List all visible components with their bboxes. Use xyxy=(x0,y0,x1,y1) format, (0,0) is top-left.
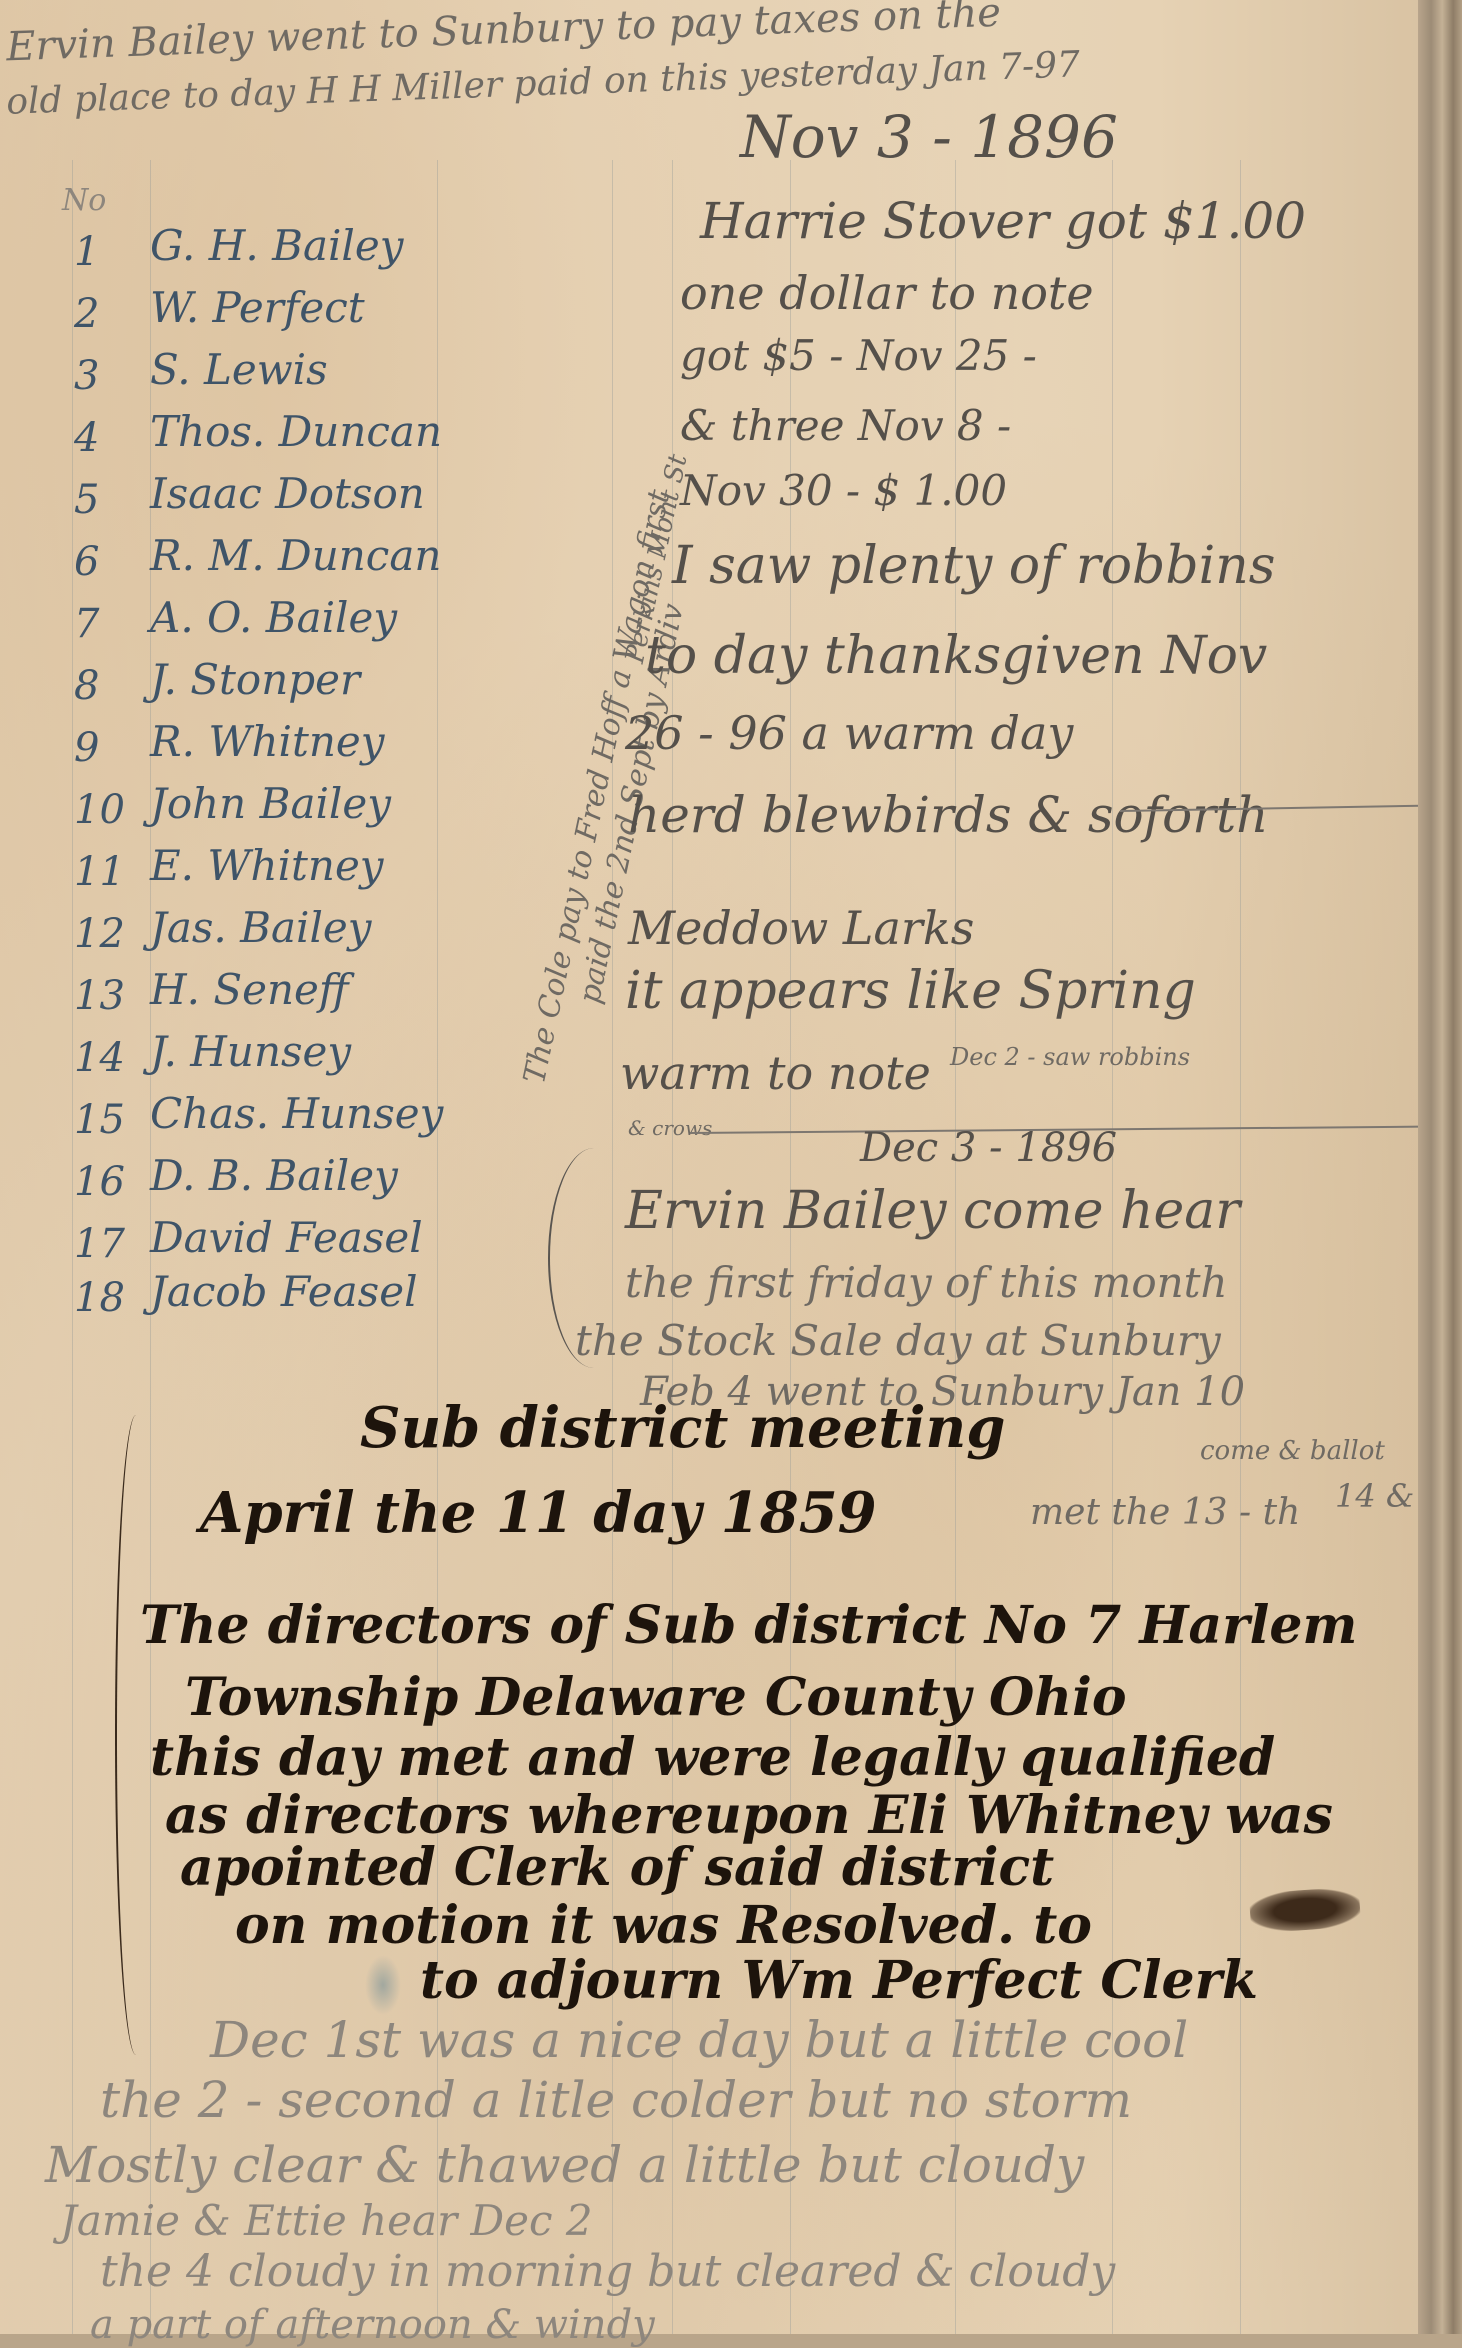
nov-line: Harrie Stover got $1.00 xyxy=(700,196,1306,246)
ink-blot xyxy=(365,1955,401,2015)
bottom-diary-line: Jamie & Ettie hear Dec 2 xyxy=(60,2200,593,2242)
roster-name: Thos. Duncan xyxy=(150,411,442,453)
bottom-diary-line: Mostly clear & thawed a little but cloud… xyxy=(45,2140,1084,2190)
minutes-line: apointed Clerk of said district xyxy=(180,1842,1054,1894)
roster-name: H. Seneff xyxy=(150,969,349,1011)
dec-margin: met the 13 - th xyxy=(1030,1495,1300,1531)
nov-line: got $5 - Nov 25 - xyxy=(680,335,1037,377)
nov-line: herd blewbirds & soforth xyxy=(628,790,1268,840)
nov-line: to day thanksgiven Nov xyxy=(645,630,1267,682)
roster-number: 7 xyxy=(74,604,99,644)
roster-number: 16 xyxy=(74,1162,125,1202)
nov-aside: Dec 2 - saw robbins xyxy=(950,1045,1190,1069)
ledger-page: Ervin Bailey went to Sunbury to pay taxe… xyxy=(0,0,1440,2334)
dec-line: the first friday of this month xyxy=(625,1262,1228,1304)
roster-name: R. Whitney xyxy=(150,721,385,763)
minutes-line: The directors of Sub district No 7 Harle… xyxy=(140,1600,1357,1652)
roster-number: 4 xyxy=(74,418,99,458)
roster-name: A. O. Bailey xyxy=(150,597,397,639)
roster-number: 14 xyxy=(74,1038,125,1078)
roster-name: Isaac Dotson xyxy=(150,473,425,515)
roster-name: E. Whitney xyxy=(150,845,384,887)
roster-name: Jas. Bailey xyxy=(150,907,371,949)
roster-number: 5 xyxy=(74,480,99,520)
roster-number: 18 xyxy=(74,1278,125,1318)
roster-name: J. Hunsey xyxy=(150,1031,351,1073)
dec-date: Dec 3 - 1896 xyxy=(860,1128,1117,1168)
roster-name: J. Stonper xyxy=(150,659,360,701)
nov-line: one dollar to note xyxy=(680,270,1094,316)
minutes-line: to adjourn Wm Perfect Clerk xyxy=(420,1955,1258,2007)
roster-name: David Feasel xyxy=(150,1217,423,1259)
minutes-line: Township Delaware County Ohio xyxy=(185,1672,1127,1724)
minutes-line: on motion it was Resolved. to xyxy=(235,1900,1092,1952)
roster-number: 3 xyxy=(74,356,99,396)
roster-number: 10 xyxy=(74,790,125,830)
dec-line: Ervin Bailey come hear xyxy=(625,1185,1240,1237)
minutes-line: this day met and were legally qualified xyxy=(150,1732,1275,1784)
roster-name: D. B. Bailey xyxy=(150,1155,398,1197)
roster-number: 15 xyxy=(74,1100,125,1140)
roster-name: Chas. Hunsey xyxy=(150,1093,443,1135)
roster-number: 1 xyxy=(74,232,99,272)
roster-name: G. H. Bailey xyxy=(150,225,403,267)
page-edge xyxy=(1418,0,1462,2334)
dec-margin: come & ballot xyxy=(1200,1438,1385,1464)
nov-line: Nov 30 - $ 1.00 xyxy=(680,470,1007,512)
roster-number: 8 xyxy=(74,666,99,706)
minutes-title: Sub district meeting xyxy=(360,1400,1005,1456)
roster-number: 2 xyxy=(74,294,99,334)
minutes-line: as directors whereupon Eli Whitney was xyxy=(165,1790,1333,1842)
roster-number: 13 xyxy=(74,976,125,1016)
bottom-diary-line: a part of afternoon & windy xyxy=(90,2305,655,2334)
roster-name: W. Perfect xyxy=(150,287,365,329)
nov-line: Meddow Larks xyxy=(628,905,974,951)
roster-number: 11 xyxy=(74,852,125,892)
nov-line: & three Nov 8 - xyxy=(680,405,1011,447)
roster-name: Jacob Feasel xyxy=(150,1271,418,1313)
ink-smudge xyxy=(1249,1886,1362,1934)
roster-header: No xyxy=(62,186,106,216)
roster-number: 17 xyxy=(74,1224,125,1264)
nov-line: I saw plenty of robbins xyxy=(672,540,1275,592)
roster-number: 12 xyxy=(74,914,125,954)
nov-date: Nov 3 - 1896 xyxy=(740,108,1118,166)
nov-aside-2: & crows xyxy=(628,1118,712,1138)
bottom-diary-line: the 4 cloudy in morning but cleared & cl… xyxy=(100,2250,1115,2294)
bottom-diary-line: the 2 - second a litle colder but no sto… xyxy=(100,2075,1132,2125)
margin-rule xyxy=(72,160,73,2334)
nov-line: 26 - 96 a warm day xyxy=(625,710,1073,756)
roster-number: 6 xyxy=(74,542,99,582)
bottom-diary-line: Dec 1st was a nice day but a little cool xyxy=(210,2015,1188,2065)
dec-line: the Stock Sale day at Sunbury xyxy=(575,1320,1221,1362)
nov-line: warm to note xyxy=(620,1050,931,1096)
roster-number: 9 xyxy=(74,728,99,768)
roster-name: John Bailey xyxy=(150,783,391,825)
nov-line: it appears like Spring xyxy=(625,965,1196,1017)
roster-name: S. Lewis xyxy=(150,349,328,391)
minutes-date: April the 11 day 1859 xyxy=(200,1485,877,1541)
roster-name: R. M. Duncan xyxy=(150,535,441,577)
